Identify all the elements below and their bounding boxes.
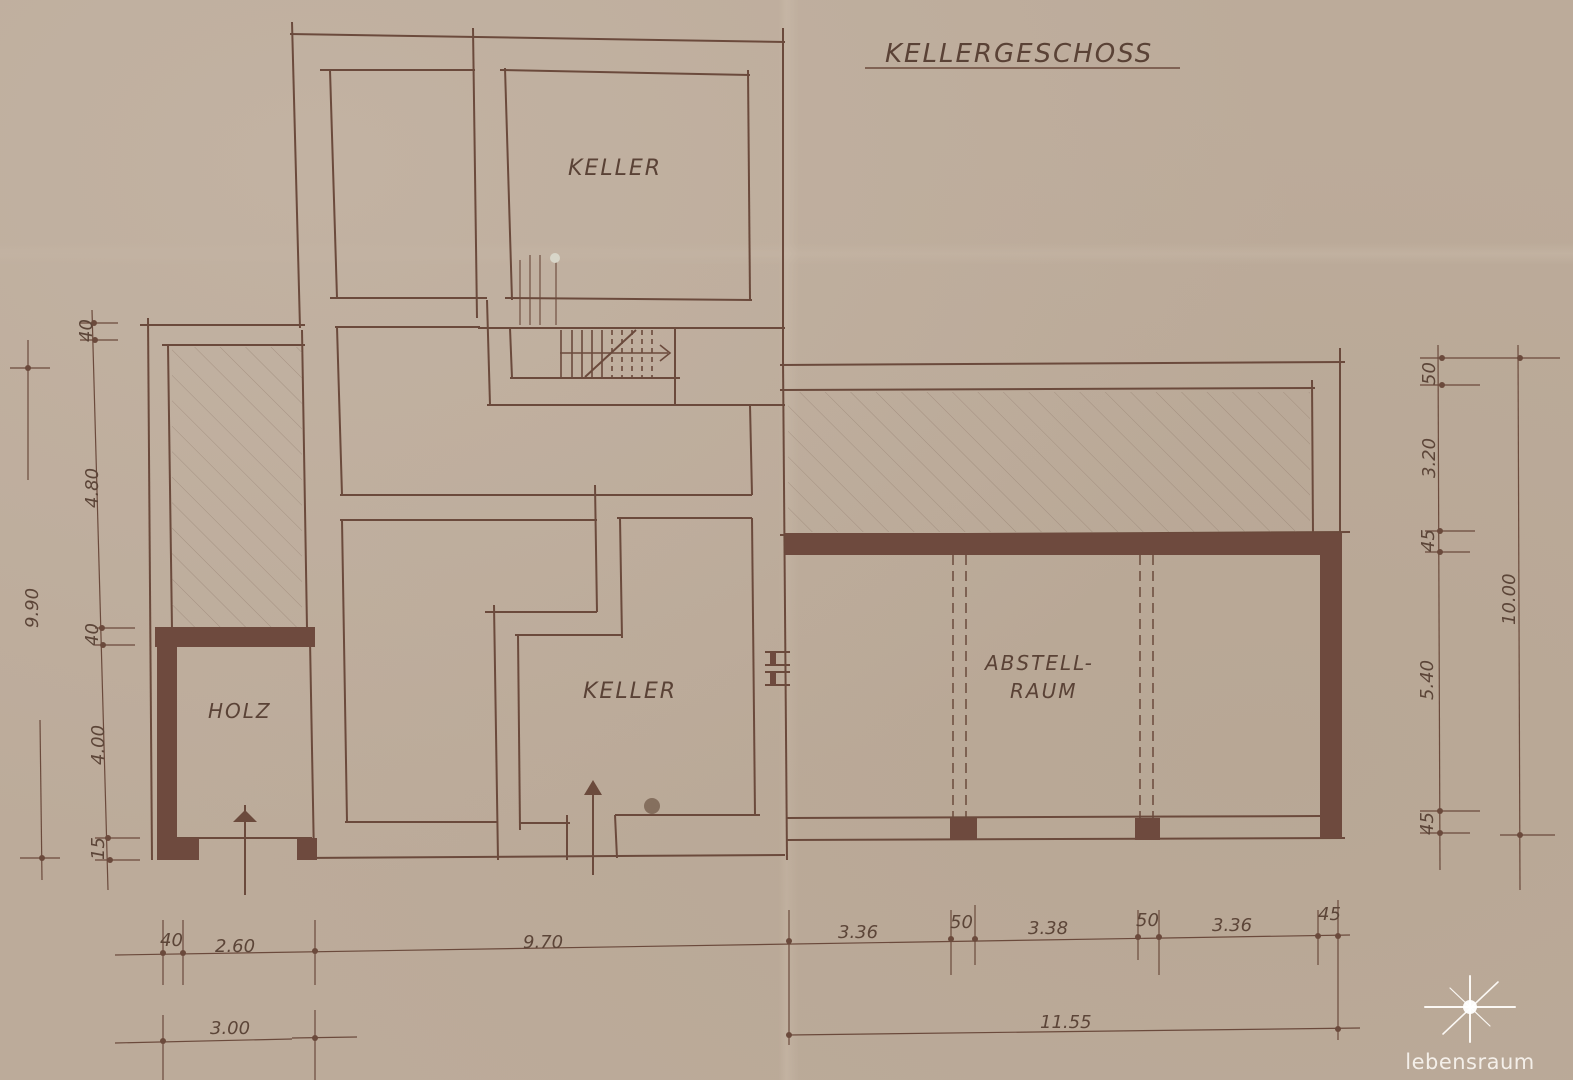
dim-bottom-1: 40 [160, 930, 183, 951]
dim-right-3: 45 [1418, 529, 1439, 552]
dim-right-2: 3.20 [1419, 438, 1440, 478]
stain-mark [644, 798, 660, 814]
room-label-holz: HOLZ [208, 699, 272, 723]
dim-bottom-2: 2.60 [215, 936, 255, 957]
dim-left-4: 4.00 [88, 725, 109, 765]
dim-bottom-9: 45 [1318, 904, 1341, 925]
staircase [560, 330, 670, 378]
watermark-text: lebensraum [1395, 1050, 1545, 1074]
dim-left-1: 40 [76, 319, 97, 342]
dim-right-1: 50 [1419, 362, 1440, 385]
dim-left-2: 4.80 [82, 468, 103, 508]
room-label-abstellraum-line1: ABSTELL- [983, 651, 1094, 675]
dim-bottom-row2-1: 3.00 [210, 1018, 250, 1039]
dim-right-4: 5.40 [1417, 660, 1438, 700]
dim-left-total: 9.90 [22, 588, 43, 628]
dim-bottom-5: 50 [950, 912, 973, 933]
dim-left-5: 15 [88, 837, 109, 860]
load-bearing-walls [155, 533, 1342, 860]
room-label-abstellraum-line2: RAUM [1010, 679, 1077, 703]
dim-right-5: 45 [1417, 812, 1438, 835]
room-label-keller-top: KELLER [568, 156, 662, 181]
dim-bottom-6: 3.38 [1028, 918, 1068, 939]
dim-bottom-7: 50 [1136, 910, 1159, 931]
floor-plan-sheet: KELLERGESCHOSS KELLER KELLER HOLZ ABSTEL… [0, 0, 1573, 1080]
hatched-fill-right [788, 392, 1310, 532]
floor-plan-drawing: KELLERGESCHOSS KELLER KELLER HOLZ ABSTEL… [0, 0, 1573, 1080]
watermark-logo: lebensraum [1395, 974, 1545, 1074]
room-label-keller-main: KELLER [583, 679, 677, 704]
dim-right-total: 10.00 [1499, 573, 1520, 625]
dim-bottom-4: 3.36 [838, 922, 878, 943]
drawing-title: KELLERGESCHOSS [885, 39, 1153, 69]
pin-hole-mark [550, 253, 560, 263]
dim-bottom-3: 9.70 [523, 932, 563, 953]
sparkle-star-icon [1395, 974, 1545, 1044]
dim-bottom-row2-2: 11.55 [1040, 1012, 1092, 1033]
dim-left-3: 40 [82, 623, 103, 646]
hatched-fill-left [172, 347, 302, 627]
dim-bottom-8: 3.36 [1212, 915, 1252, 936]
